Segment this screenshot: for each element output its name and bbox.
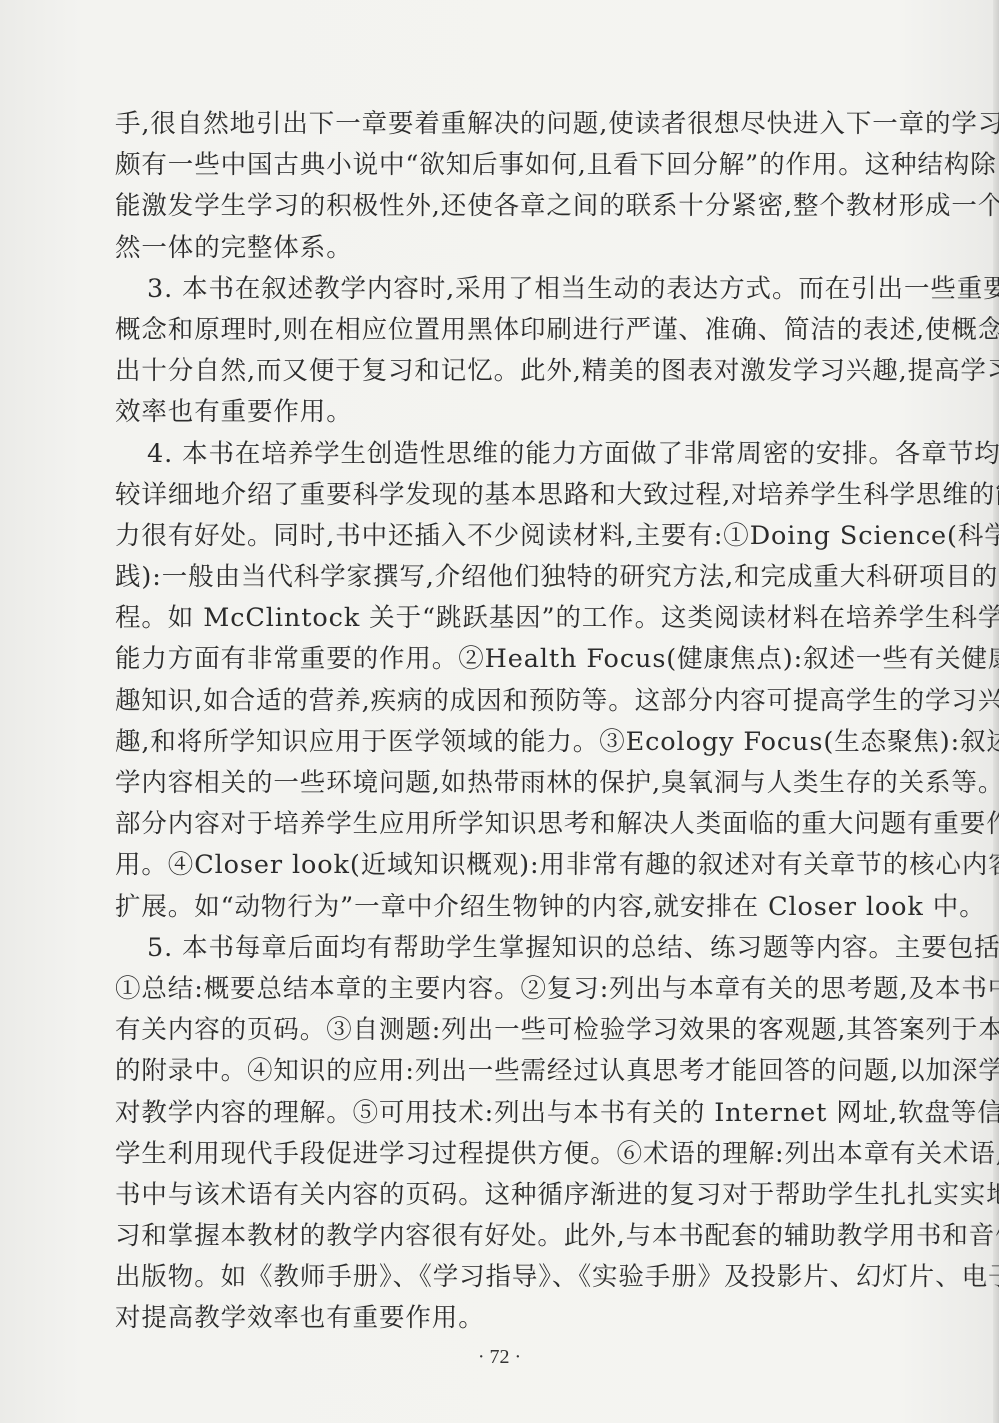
text-line: 能力方面有非常重要的作用。②Health Focus(健康焦点):叙述一些有关健… — [115, 639, 913, 680]
text-line: 对提高教学效率也有重要作用。 — [115, 1298, 913, 1339]
text-line: 学内容相关的一些环境问题,如热带雨林的保护,臭氧洞与人类生存的关系等。这 — [115, 763, 913, 804]
text-line: 出版物。如《教师手册》、《学习指导》、《实验手册》及投影片、幻灯片、电子软件等, — [115, 1257, 913, 1298]
text-line: 的附录中。④知识的应用:列出一些需经过认真思考才能回答的问题,以加深学生 — [115, 1051, 913, 1092]
text-line: 习和掌握本教材的教学内容很有好处。此外,与本书配套的辅助教学用书和音像 — [115, 1216, 913, 1257]
text-line: 5. 本书每章后面均有帮助学生掌握知识的总结、练习题等内容。主要包括: — [115, 928, 913, 969]
text-line: 用。④Closer look(近域知识概观):用非常有趣的叙述对有关章节的核心内… — [115, 845, 913, 886]
text-line: 手,很自然地引出下一章要着重解决的问题,使读者很想尽快进入下一章的学习, — [115, 104, 913, 145]
paragraph-continuation: 手,很自然地引出下一章要着重解决的问题,使读者很想尽快进入下一章的学习, 颇有一… — [115, 104, 913, 269]
text-line: 然一体的完整体系。 — [115, 228, 913, 269]
text-line: 效率也有重要作用。 — [115, 392, 913, 433]
text-line: 3. 本书在叙述教学内容时,采用了相当生动的表达方式。而在引出一些重要 — [115, 269, 913, 310]
text-line: 趣,和将所学知识应用于医学领域的能力。③Ecology Focus(生态聚焦):… — [115, 722, 913, 763]
text-line: 概念和原理时,则在相应位置用黑体印刷进行严谨、准确、简洁的表述,使概念的引 — [115, 310, 913, 351]
text-line: 有关内容的页码。③自测题:列出一些可检验学习效果的客观题,其答案列于本书 — [115, 1010, 913, 1051]
text-line: 颇有一些中国古典小说中“欲知后事如何,且看下回分解”的作用。这种结构除了 — [115, 145, 913, 186]
paragraph-item-3: 3. 本书在叙述教学内容时,采用了相当生动的表达方式。而在引出一些重要 概念和原… — [115, 269, 913, 434]
text-line: 趣知识,如合适的营养,疾病的成因和预防等。这部分内容可提高学生的学习兴 — [115, 681, 913, 722]
text-line: 出十分自然,而又便于复习和记忆。此外,精美的图表对激发学习兴趣,提高学习 — [115, 351, 913, 392]
page-number: · 72 · — [0, 1346, 999, 1369]
scanned-page: 手,很自然地引出下一章要着重解决的问题,使读者很想尽快进入下一章的学习, 颇有一… — [0, 0, 999, 1423]
text-line: 4. 本书在培养学生创造性思维的能力方面做了非常周密的安排。各章节均 — [115, 434, 913, 475]
body-text: 手,很自然地引出下一章要着重解决的问题,使读者很想尽快进入下一章的学习, 颇有一… — [115, 104, 913, 1340]
text-line: 较详细地介绍了重要科学发现的基本思路和大致过程,对培养学生科学思维的能 — [115, 475, 913, 516]
text-line: 部分内容对于培养学生应用所学知识思考和解决人类面临的重大问题有重要作 — [115, 804, 913, 845]
text-line: ①总结:概要总结本章的主要内容。②复习:列出与本章有关的思考题,及本书中 — [115, 969, 913, 1010]
text-line: 对教学内容的理解。⑤可用技术:列出与本书有关的 Internet 网址,软盘等信… — [115, 1093, 913, 1134]
text-line: 扩展。如“动物行为”一章中介绍生物钟的内容,就安排在 Closer look 中… — [115, 887, 913, 928]
text-line: 践):一般由当代科学家撰写,介绍他们独特的研究方法,和完成重大科研项目的历 — [115, 557, 913, 598]
text-line: 程。如 McClintock 关于“跳跃基因”的工作。这类阅读材料在培养学生科学… — [115, 598, 913, 639]
text-line: 书中与该术语有关内容的页码。这种循序渐进的复习对于帮助学生扎扎实实地学 — [115, 1175, 913, 1216]
text-line: 能激发学生学习的积极性外,还使各章之间的联系十分紧密,整个教材形成一个浑 — [115, 186, 913, 227]
text-line: 学生利用现代手段促进学习过程提供方便。⑥术语的理解:列出本章有关术语,及 — [115, 1134, 913, 1175]
paragraph-item-4: 4. 本书在培养学生创造性思维的能力方面做了非常周密的安排。各章节均 较详细地介… — [115, 434, 913, 928]
paragraph-item-5: 5. 本书每章后面均有帮助学生掌握知识的总结、练习题等内容。主要包括: ①总结:… — [115, 928, 913, 1340]
text-line: 力很有好处。同时,书中还插入不少阅读材料,主要有:①Doing Science(… — [115, 516, 913, 557]
